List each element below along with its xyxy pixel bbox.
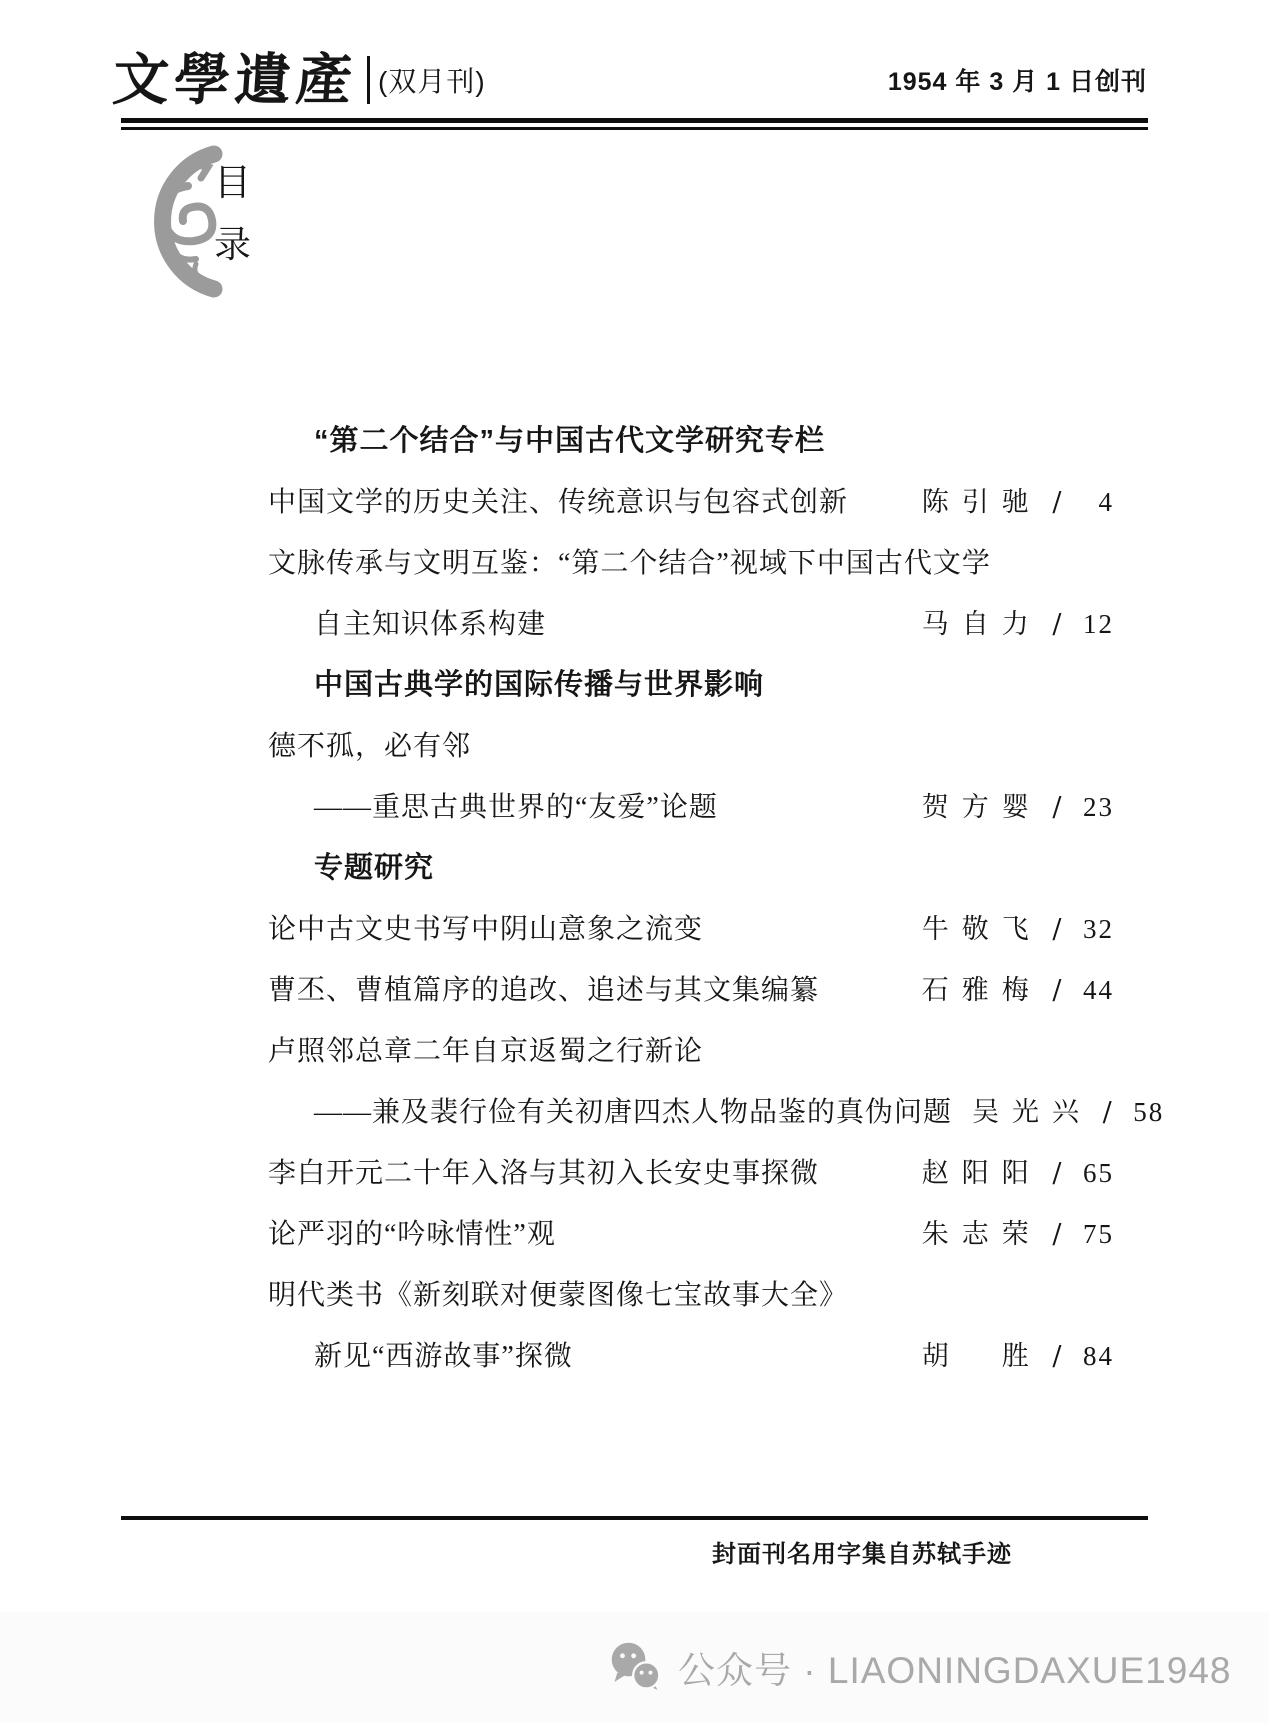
toc-entry-row: ——兼及裴行俭有关初唐四杰人物品鉴的真伪问题吴光兴 / 58 xyxy=(268,1079,1114,1140)
section-heading: “第二个结合”与中国古代文学研究专栏 xyxy=(314,418,825,459)
toc-entry-row: 德不孤，必有邻 xyxy=(268,713,1114,774)
entry-title: 文脉传承与文明互鉴：“第二个结合”视域下中国古代文学 xyxy=(268,541,991,581)
entry-title: 李白开元二十年入洛与其初入长安史事探微 xyxy=(268,1151,819,1191)
toc-entry-row: 论严羽的“吟咏情性”观朱志荣 / 75 xyxy=(268,1201,1114,1262)
section-heading-row: “第二个结合”与中国古代文学研究专栏 xyxy=(268,408,1114,469)
journal-logo: 文學遺產 (双月刊) xyxy=(113,52,486,108)
ref-slash: / xyxy=(1044,975,1070,1006)
page-number: 4 xyxy=(1070,487,1114,518)
author-name: 赵阳阳 xyxy=(922,1151,1042,1190)
toc-entry-row: 卢照邻总章二年自京返蜀之行新论 xyxy=(268,1018,1114,1079)
wechat-icon xyxy=(608,1640,664,1694)
entry-title: 德不孤，必有邻 xyxy=(268,724,471,764)
entry-title: ——重思古典世界的“友爱”论题 xyxy=(314,785,718,825)
journal-toc-page: 文學遺產 (双月刊) 1954 年 3 月 1 日创刊 目 录 “第二个结合”与… xyxy=(0,0,1269,1723)
author-name: 石雅梅 xyxy=(922,968,1042,1007)
entry-title: ——兼及裴行俭有关初唐四杰人物品鉴的真伪问题 xyxy=(314,1090,952,1130)
toc-label-bottom: 录 xyxy=(214,226,251,263)
entry-author-page: 朱志荣 / 75 xyxy=(922,1212,1114,1251)
entry-title: 曹丕、曹植篇序的追改、追述与其文集编纂 xyxy=(268,968,819,1008)
page-number: 84 xyxy=(1070,1341,1114,1372)
entry-author-page: 马自力 / 12 xyxy=(922,602,1114,641)
toc-entry-row: 自主知识体系构建马自力 / 12 xyxy=(268,591,1114,652)
entry-author-page: 石雅梅 / 44 xyxy=(922,968,1114,1007)
page-number: 23 xyxy=(1070,792,1114,823)
page-number: 12 xyxy=(1070,609,1114,640)
ref-slash: / xyxy=(1044,1158,1070,1189)
page-number: 75 xyxy=(1070,1219,1114,1250)
toc-entry-row: 中国文学的历史关注、传统意识与包容式创新陈引驰 / 4 xyxy=(268,469,1114,530)
toc-entry-row: 曹丕、曹植篇序的追改、追述与其文集编纂石雅梅 / 44 xyxy=(268,957,1114,1018)
entry-author-page: 贺方婴 / 23 xyxy=(922,785,1114,824)
author-name: 牛敬飞 xyxy=(922,907,1042,946)
page-number: 44 xyxy=(1070,975,1114,1006)
entry-title: 论中古文史书写中阴山意象之流变 xyxy=(268,907,703,947)
toc-list: “第二个结合”与中国古代文学研究专栏中国文学的历史关注、传统意识与包容式创新陈引… xyxy=(268,408,1114,1384)
section-heading-row: 专题研究 xyxy=(268,835,1114,896)
edition-note: (双月刊) xyxy=(378,60,486,100)
section-heading: 中国古典学的国际传播与世界影响 xyxy=(314,662,764,703)
page-number: 58 xyxy=(1120,1097,1164,1128)
toc-entry-row: ——重思古典世界的“友爱”论题贺方婴 / 23 xyxy=(268,774,1114,835)
page-number: 65 xyxy=(1070,1158,1114,1189)
entry-title: 明代类书《新刻联对便蒙图像七宝故事大全》 xyxy=(268,1273,848,1313)
ref-slash: / xyxy=(1044,1219,1070,1250)
toc-entry-row: 文脉传承与文明互鉴：“第二个结合”视域下中国古代文学 xyxy=(268,530,1114,591)
ref-slash: / xyxy=(1044,1341,1070,1372)
cover-typography-note: 封面刊名用字集自苏轼手迹 xyxy=(712,1534,1012,1569)
author-name: 吴光兴 xyxy=(972,1090,1092,1129)
entry-author-page: 牛敬飞 / 32 xyxy=(922,907,1114,946)
toc-entry-row: 明代类书《新刻联对便蒙图像七宝故事大全》 xyxy=(268,1262,1114,1323)
watermark-strip: 公众号 · LIAONINGDAXUE1948 xyxy=(0,1612,1269,1723)
founding-date: 1954 年 3 月 1 日创刊 xyxy=(888,62,1147,98)
author-name: 朱志荣 xyxy=(922,1212,1042,1251)
entry-title: 卢照邻总章二年自京返蜀之行新论 xyxy=(268,1029,703,1069)
author-name: 陈引驰 xyxy=(922,480,1042,519)
toc-entry-row: 论中古文史书写中阴山意象之流变牛敬飞 / 32 xyxy=(268,896,1114,957)
logo-divider xyxy=(367,56,370,104)
page-number: 32 xyxy=(1070,914,1114,945)
entry-title: 新见“西游故事”探微 xyxy=(314,1334,573,1374)
ref-slash: / xyxy=(1044,609,1070,640)
section-heading-row: 中国古典学的国际传播与世界影响 xyxy=(268,652,1114,713)
entry-author-page: 赵阳阳 / 65 xyxy=(922,1151,1114,1190)
journal-name-calligraphy: 文學遺產 xyxy=(111,52,359,108)
toc-label-top: 目 xyxy=(214,164,251,201)
footer-rule xyxy=(121,1516,1148,1520)
entry-author-page: 胡 胜 / 84 xyxy=(922,1334,1114,1373)
toc-emblem: 目 录 xyxy=(126,144,296,299)
author-name: 马自力 xyxy=(922,602,1042,641)
section-heading: 专题研究 xyxy=(314,845,434,886)
entry-title: 自主知识体系构建 xyxy=(314,602,546,642)
author-name: 胡 胜 xyxy=(922,1334,1042,1373)
entry-title: 论严羽的“吟咏情性”观 xyxy=(268,1212,556,1252)
entry-title: 中国文学的历史关注、传统意识与包容式创新 xyxy=(268,480,848,520)
author-name: 贺方婴 xyxy=(922,785,1042,824)
toc-entry-row: 李白开元二十年入洛与其初入长安史事探微赵阳阳 / 65 xyxy=(268,1140,1114,1201)
entry-author-page: 陈引驰 / 4 xyxy=(922,480,1114,519)
ref-slash: / xyxy=(1094,1097,1120,1128)
entry-author-page: 吴光兴 / 58 xyxy=(972,1090,1164,1129)
toc-entry-row: 新见“西游故事”探微胡 胜 / 84 xyxy=(268,1323,1114,1384)
ref-slash: / xyxy=(1044,914,1070,945)
ref-slash: / xyxy=(1044,487,1070,518)
header-rule xyxy=(121,118,1148,130)
masthead: 文學遺產 (双月刊) 1954 年 3 月 1 日创刊 xyxy=(113,44,1147,116)
watermark-text: 公众号 · LIAONINGDAXUE1948 xyxy=(678,1640,1231,1694)
ref-slash: / xyxy=(1044,792,1070,823)
